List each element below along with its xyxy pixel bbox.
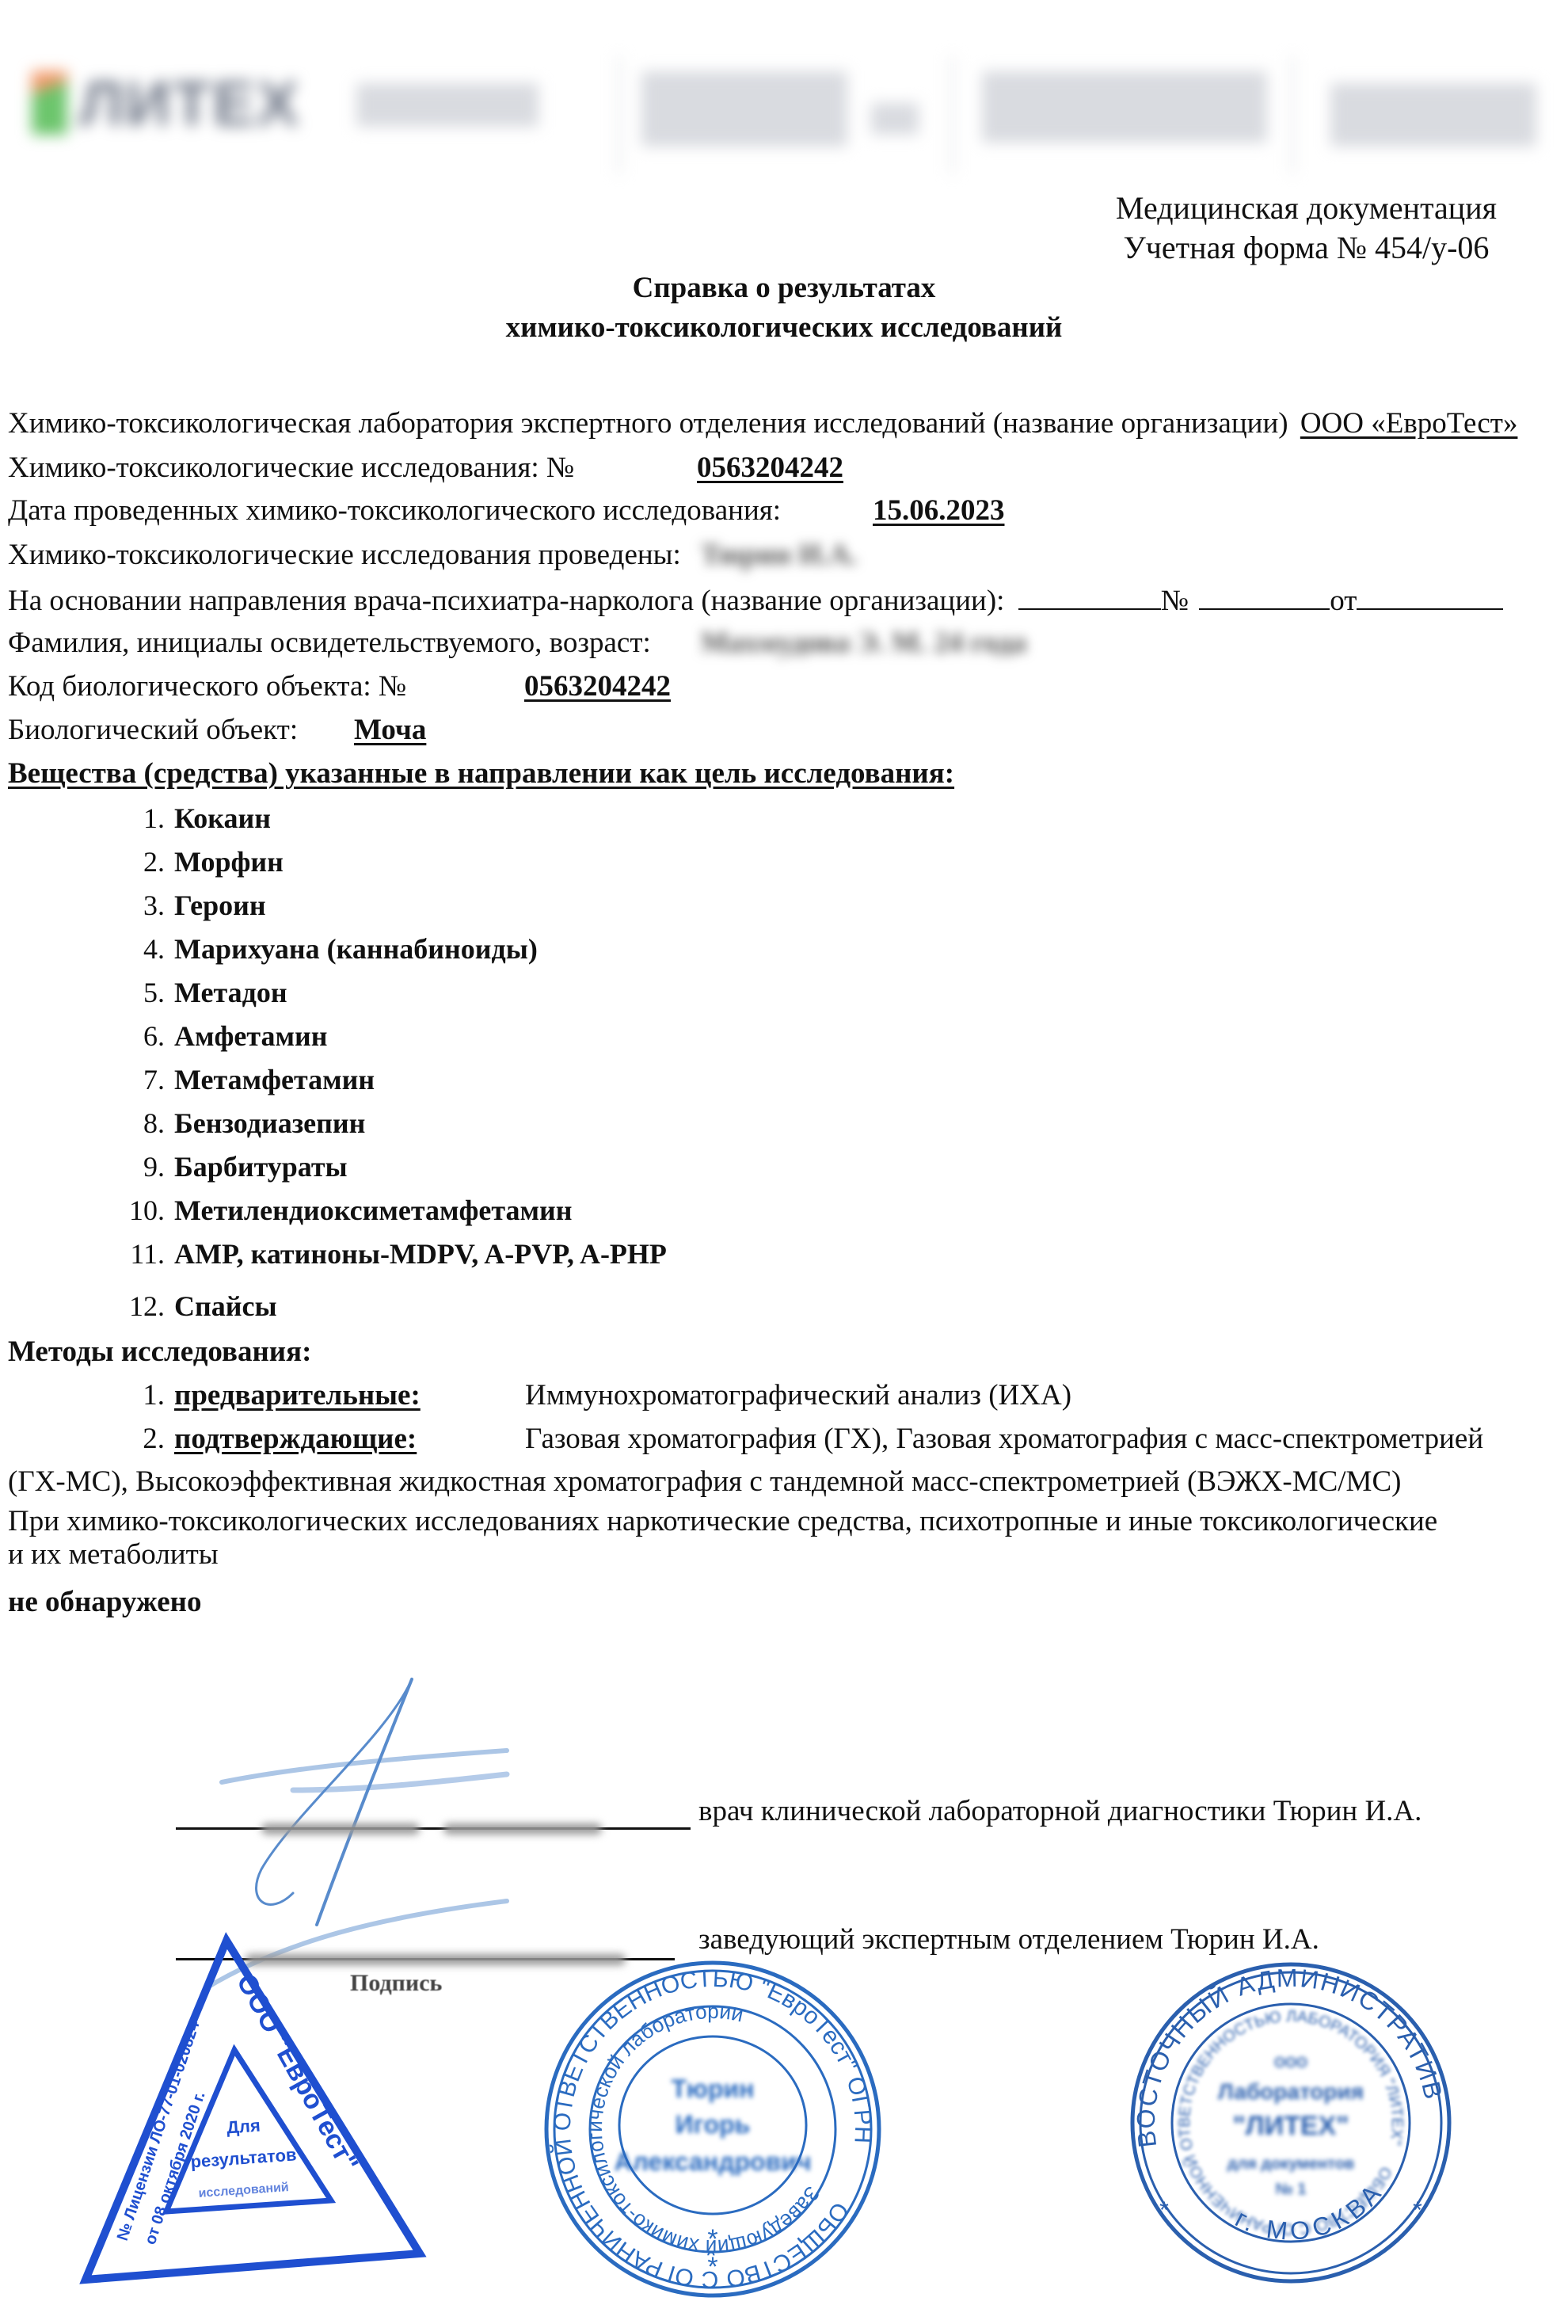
subject-field: Фамилия, инициалы освидетельствуемого, в…: [8, 628, 651, 657]
method-number: 2.: [93, 1424, 165, 1453]
signature-role-1: врач клинической лабораторной диагностик…: [698, 1796, 1421, 1826]
document-title-line1: Справка о результатах: [0, 271, 1568, 305]
bio-code-value: 0563204242: [524, 672, 671, 701]
substance-item: 2.Морфин: [93, 845, 284, 878]
substance-item: 12.Спайсы: [93, 1290, 277, 1323]
substance-item: 4.Марихуана (каннабиноиды): [93, 932, 538, 966]
method-description: Иммунохроматографический анализ (ИХА): [525, 1381, 1071, 1410]
substance-item: 8.Бензодиазепин: [93, 1107, 365, 1140]
substance-number: 5.: [93, 976, 165, 1009]
letterhead: ЛИТЕХ: [16, 48, 1552, 166]
form-header-line1: Медицинская документация: [1116, 189, 1497, 228]
substance-item: 1.Кокаин: [93, 802, 271, 835]
form-header: Медицинская документация Учетная форма №…: [1116, 189, 1497, 268]
svg-text:*: *: [1413, 2197, 1422, 2223]
study-number-value: 0563204242: [697, 453, 843, 482]
method-type: предварительные:: [174, 1379, 421, 1412]
svg-text:исследований: исследований: [198, 2181, 289, 2200]
bio-code-field: Код биологического объекта: № 0563204242: [8, 672, 406, 701]
bio-object-value: Моча: [354, 715, 426, 745]
performed-by-label: Химико-токсикологические исследования пр…: [8, 539, 681, 571]
substance-name: Кокаин: [174, 802, 271, 834]
referral-number-blank: [1199, 585, 1330, 610]
substance-number: 12.: [93, 1290, 165, 1323]
substance-number: 1.: [93, 802, 165, 835]
substance-number: 7.: [93, 1063, 165, 1096]
substance-name: Героин: [174, 890, 266, 921]
substances-heading: Вещества (средства) указанные в направле…: [8, 759, 954, 788]
study-number-label: Химико-токсикологические исследования: №: [8, 451, 574, 484]
svg-text:*: *: [707, 2252, 717, 2282]
round-stamp-litex: ВОСТОЧНЫЙ АДМИНИСТРАТИВНЫЙ ОКРУГ ОБЩЕСТВ…: [1125, 1956, 1457, 2289]
svg-text:Тюрин: Тюрин: [672, 2074, 755, 2103]
substance-name: AMP, катиноны-MDPV, A-PVP, A-PHP: [174, 1238, 667, 1270]
referral-label: На основании направления врача-психиатра…: [8, 585, 1004, 617]
substance-name: Амфетамин: [174, 1020, 328, 1052]
form-header-line2: Учетная форма № 454/у-06: [1116, 228, 1497, 268]
round-stamp-eurotest: ОБЩЕСТВО С ОГРАНИЧЕННОЙ ОТВЕТСТВЕННОСТЬЮ…: [539, 1955, 887, 2303]
substance-name: Спайсы: [174, 1290, 277, 1322]
svg-text:Лаборатория: Лаборатория: [1218, 2079, 1364, 2104]
signature-role-2: заведующий экспертным отделением Тюрин И…: [698, 1925, 1319, 1954]
substance-item: 5.Метадон: [93, 976, 287, 1009]
substance-number: 3.: [93, 889, 165, 922]
substance-name: Метадон: [174, 977, 287, 1008]
substance-name: Метамфетамин: [174, 1064, 375, 1095]
substance-item: 10.Метилендиоксиметамфетамин: [93, 1194, 573, 1227]
study-number-field: Химико-токсикологические исследования: №…: [8, 453, 574, 482]
performed-by-field: Химико-токсикологические исследования пр…: [8, 540, 681, 570]
conclusion-line1: При химико-токсикологических исследовани…: [8, 1507, 1437, 1536]
substance-number: 4.: [93, 932, 165, 966]
svg-text:для документов: для документов: [1227, 2155, 1354, 2173]
substance-item: 3.Героин: [93, 889, 266, 922]
svg-text:Александрович: Александрович: [614, 2147, 811, 2176]
substance-number: 10.: [93, 1194, 165, 1227]
substance-number: 6.: [93, 1019, 165, 1053]
subject-value: Махмудова Э. М. 24 года: [701, 628, 1026, 657]
method-type: подтверждающие:: [174, 1423, 417, 1455]
substance-name: Морфин: [174, 846, 284, 878]
substance-item: 7.Метамфетамин: [93, 1063, 375, 1096]
document-title-line2: химико-токсикологических исследований: [0, 311, 1568, 345]
substance-name: Барбитураты: [174, 1151, 348, 1183]
substance-number: 8.: [93, 1107, 165, 1140]
subject-label: Фамилия, инициалы освидетельствуемого, в…: [8, 627, 651, 659]
substance-name: Бензодиазепин: [174, 1107, 365, 1139]
lab-label: Химико-токсикологическая лаборатория экс…: [8, 407, 1288, 440]
logo-mark-icon: [32, 71, 67, 135]
substance-item: 9.Барбитураты: [93, 1150, 348, 1183]
referral-org-blank: [1018, 585, 1161, 610]
conclusion-result: не обнаружено: [8, 1587, 202, 1617]
svg-text:*: *: [1159, 2197, 1169, 2223]
signature-line-1: [176, 1827, 691, 1830]
svg-text:"ЛИТЕХ": "ЛИТЕХ": [1233, 2111, 1349, 2141]
method-number: 1.: [93, 1381, 165, 1410]
conclusion-line2: и их метаболиты: [8, 1540, 219, 1569]
svg-text:№ 1: № 1: [1276, 2181, 1307, 2198]
triangle-stamp: ООО "ЕвроТест" № Лицензии ЛО-77-01-02082…: [79, 1933, 475, 2324]
methods-continuation: (ГХ-МС), Высокоэффективная жидкостная хр…: [8, 1467, 1401, 1496]
svg-text:*: *: [707, 2224, 717, 2254]
substance-item: 6.Амфетамин: [93, 1019, 328, 1053]
bio-code-label: Код биологического объекта: №: [8, 670, 406, 703]
lab-value: ООО «ЕвроТест»: [1300, 407, 1518, 440]
svg-text:результатов: результатов: [190, 2144, 297, 2171]
method-item: 1.предварительные: Иммунохроматографичес…: [93, 1381, 421, 1410]
referral-field: На основании направления врача-психиатра…: [8, 585, 1503, 615]
study-date-label: Дата проведенных химико-токсикологическо…: [8, 494, 781, 527]
method-item: 2.подтверждающие: Газовая хроматография …: [93, 1424, 417, 1453]
referral-date-blank: [1357, 585, 1503, 610]
bio-object-field: Биологический объект: Моча: [8, 715, 298, 745]
lab-field: Химико-токсикологическая лаборатория экс…: [8, 409, 1517, 438]
methods-heading: Методы исследования:: [8, 1337, 311, 1366]
substance-item: 11.AMP, катиноны-MDPV, A-PVP, A-PHP: [93, 1237, 667, 1271]
substance-number: 11.: [93, 1237, 165, 1271]
method-description: Газовая хроматография (ГХ), Газовая хром…: [525, 1424, 1483, 1453]
substance-name: Марихуана (каннабиноиды): [174, 933, 538, 965]
study-date-field: Дата проведенных химико-токсикологическо…: [8, 496, 781, 525]
bio-object-label: Биологический объект:: [8, 714, 298, 746]
logo-text: ЛИТЕХ: [79, 67, 300, 140]
substance-number: 2.: [93, 845, 165, 878]
svg-text:Для: Для: [226, 2116, 261, 2138]
substance-number: 9.: [93, 1150, 165, 1183]
svg-text:г. МОСКВА: г. МОСКВА: [1231, 2176, 1389, 2246]
performed-by-value: Тюрин И.А.: [701, 540, 858, 570]
svg-text:Игорь: Игорь: [676, 2110, 751, 2139]
study-date-value: 15.06.2023: [873, 496, 1005, 525]
referral-from-label: от: [1330, 585, 1357, 617]
svg-text:ООО: ООО: [1274, 2055, 1307, 2071]
referral-no-sign: №: [1161, 585, 1189, 617]
substance-name: Метилендиоксиметамфетамин: [174, 1194, 573, 1226]
